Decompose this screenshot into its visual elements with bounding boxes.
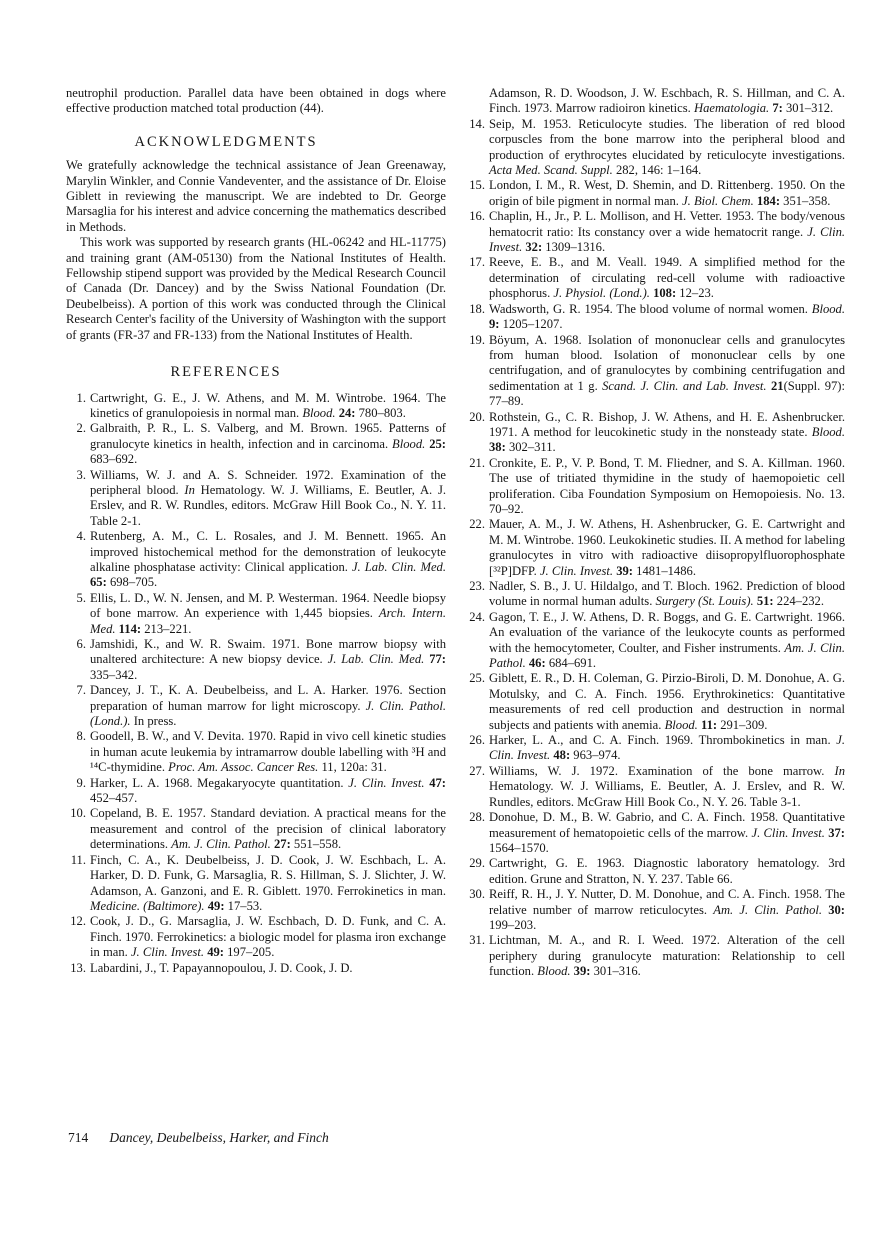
reference-number: 11. xyxy=(66,853,86,868)
reference-journal: J. Clin. Invest. xyxy=(348,776,424,790)
reference-number: 30. xyxy=(465,887,485,902)
reference-post: 452–457. xyxy=(90,791,137,805)
reference-post: 1205–1207. xyxy=(500,317,563,331)
left-column: neutrophil production. Parallel data hav… xyxy=(66,86,446,976)
reference-pre: Cronkite, E. P., V. P. Bond, T. M. Flied… xyxy=(489,456,845,516)
reference-pre: Labardini, J., T. Papayannopoulou, J. D.… xyxy=(90,961,353,975)
reference-post: 683–692. xyxy=(90,452,137,466)
reference-vol: 32: xyxy=(522,240,542,254)
reference-pre: Rothstein, G., C. R. Bishop, J. W. Athen… xyxy=(489,410,845,439)
reference-post: 11, 120a: 31. xyxy=(318,760,386,774)
reference-post: 780–803. xyxy=(355,406,405,420)
reference-number: 9. xyxy=(66,776,86,791)
reference-item: 3.Williams, W. J. and A. S. Schneider. 1… xyxy=(66,468,446,530)
reference-vol: 7: xyxy=(769,101,783,115)
reference-journal: J. Clin. Invest. xyxy=(752,826,825,840)
reference-item: 28.Donohue, D. M., B. W. Gabrio, and C. … xyxy=(465,810,845,856)
reference-post: 1309–1316. xyxy=(542,240,605,254)
reference-post: 335–342. xyxy=(90,668,137,682)
reference-pre: Cartwright, G. E. 1963. Diagnostic labor… xyxy=(489,856,845,885)
reference-item: 19.Böyum, A. 1968. Isolation of mononucl… xyxy=(465,333,845,410)
reference-post: 291–309. xyxy=(717,718,767,732)
reference-vol: 77: xyxy=(424,652,446,666)
reference-vol: 30: xyxy=(822,903,845,917)
reference-number: 3. xyxy=(66,468,86,483)
reference-journal: Am. J. Clin. Pathol. xyxy=(713,903,822,917)
reference-item: 24.Gagon, T. E., J. W. Athens, D. R. Bog… xyxy=(465,610,845,672)
references-list-right: Adamson, R. D. Woodson, J. W. Eschbach, … xyxy=(465,86,845,980)
reference-item: 15.London, I. M., R. West, D. Shemin, an… xyxy=(465,178,845,209)
references-heading: REFERENCES xyxy=(66,365,446,380)
reference-item: 12.Cook, J. D., G. Marsaglia, J. W. Esch… xyxy=(66,914,446,960)
reference-item: 20.Rothstein, G., C. R. Bishop, J. W. At… xyxy=(465,410,845,456)
reference-item: 31.Lichtman, M. A., and R. I. Weed. 1972… xyxy=(465,933,845,979)
reference-number: 21. xyxy=(465,456,485,471)
reference-number: 26. xyxy=(465,733,485,748)
reference-pre: Harker, L. A. 1968. Megakaryocyte quanti… xyxy=(90,776,348,790)
reference-item: 7.Dancey, J. T., K. A. Deubelbeiss, and … xyxy=(66,683,446,729)
reference-post: 301–316. xyxy=(590,964,640,978)
reference-number: 27. xyxy=(465,764,485,779)
reference-vol: 9: xyxy=(489,317,500,331)
reference-journal: Blood. xyxy=(302,406,335,420)
reference-item: 22.Mauer, A. M., J. W. Athens, H. Ashenb… xyxy=(465,517,845,579)
reference-vol: 39: xyxy=(613,564,633,578)
reference-item: 21.Cronkite, E. P., V. P. Bond, T. M. Fl… xyxy=(465,456,845,518)
reference-pre: Wadsworth, G. R. 1954. The blood volume … xyxy=(489,302,812,316)
reference-item: 5.Ellis, L. D., W. N. Jensen, and M. P. … xyxy=(66,591,446,637)
reference-post: 684–691. xyxy=(546,656,596,670)
reference-number: 16. xyxy=(465,209,485,224)
reference-journal: In xyxy=(184,483,195,497)
acknowledgments-heading: ACKNOWLEDGMENTS xyxy=(66,135,446,150)
reference-vol: 46: xyxy=(526,656,546,670)
reference-item: 6.Jamshidi, K., and W. R. Swaim. 1971. B… xyxy=(66,637,446,683)
page-number: 714 xyxy=(68,1130,106,1146)
page-footer: 714 Dancey, Deubelbeiss, Harker, and Fin… xyxy=(68,1130,329,1146)
reference-pre: Chaplin, H., Jr., P. L. Mollison, and H.… xyxy=(489,209,845,238)
reference-number: 28. xyxy=(465,810,485,825)
reference-vol: 24: xyxy=(336,406,356,420)
reference-post: 199–203. xyxy=(489,918,536,932)
reference-journal: Blood. xyxy=(812,302,845,316)
reference-journal: Blood. xyxy=(392,437,425,451)
reference-journal: Blood. xyxy=(537,964,570,978)
reference-vol: 65: xyxy=(90,575,107,589)
reference-item: 8.Goodell, B. W., and V. Devita. 1970. R… xyxy=(66,729,446,775)
reference-item: 14.Seip, M. 1953. Reticulocyte studies. … xyxy=(465,117,845,179)
reference-number: 17. xyxy=(465,255,485,270)
reference-pre: Finch, C. A., K. Deubelbeiss, J. D. Cook… xyxy=(90,853,446,898)
reference-item: 26.Harker, L. A., and C. A. Finch. 1969.… xyxy=(465,733,845,764)
reference-journal: Acta Med. Scand. Suppl. xyxy=(489,163,613,177)
reference-post: 351–358. xyxy=(780,194,830,208)
reference-post: 197–205. xyxy=(224,945,274,959)
reference-item: 27.Williams, W. J. 1972. Examination of … xyxy=(465,764,845,810)
reference-item: 29.Cartwright, G. E. 1963. Diagnostic la… xyxy=(465,856,845,887)
reference-item: 2.Galbraith, P. R., L. S. Valberg, and M… xyxy=(66,421,446,467)
reference-post: 1564–1570. xyxy=(489,841,549,855)
reference-journal: Am. J. Clin. Pathol. xyxy=(171,837,271,851)
reference-item: 25.Giblett, E. R., D. H. Coleman, G. Pir… xyxy=(465,671,845,733)
reference-journal: Medicine. (Baltimore). xyxy=(90,899,205,913)
reference-post: 224–232. xyxy=(774,594,824,608)
reference-post: 17–53. xyxy=(225,899,263,913)
reference-item: 9.Harker, L. A. 1968. Megakaryocyte quan… xyxy=(66,776,446,807)
running-head: Dancey, Deubelbeiss, Harker, and Finch xyxy=(109,1130,328,1145)
reference-item: 30.Reiff, R. H., J. Y. Nutter, D. M. Don… xyxy=(465,887,845,933)
reference-vol: 21 xyxy=(767,379,784,393)
reference-vol: 184: xyxy=(754,194,780,208)
reference-post: In press. xyxy=(131,714,177,728)
reference-vol: 37: xyxy=(825,826,845,840)
reference-number: 1. xyxy=(66,391,86,406)
reference-item: 13.Labardini, J., T. Papayannopoulou, J.… xyxy=(66,961,446,976)
reference-vol: 48: xyxy=(550,748,570,762)
reference-number: 19. xyxy=(465,333,485,348)
reference-post: 698–705. xyxy=(107,575,157,589)
reference-journal: Haematologia. xyxy=(694,101,769,115)
reference-number: 24. xyxy=(465,610,485,625)
reference-item: 17.Reeve, E. B., and M. Veall. 1949. A s… xyxy=(465,255,845,301)
reference-journal: Surgery (St. Louis). xyxy=(656,594,754,608)
reference-number: 18. xyxy=(465,302,485,317)
reference-item: 18.Wadsworth, G. R. 1954. The blood volu… xyxy=(465,302,845,333)
reference-vol: 47: xyxy=(424,776,446,790)
reference-number: 10. xyxy=(66,806,86,821)
reference-vol: 49: xyxy=(205,899,225,913)
reference-vol: 51: xyxy=(754,594,774,608)
reference-number: 31. xyxy=(465,933,485,948)
intro-paragraph: neutrophil production. Parallel data hav… xyxy=(66,86,446,117)
reference-post: 1481–1486. xyxy=(633,564,696,578)
reference-post: 301–312. xyxy=(783,101,833,115)
reference-item: 10.Copeland, B. E. 1957. Standard deviat… xyxy=(66,806,446,852)
reference-number: 2. xyxy=(66,421,86,436)
reference-item: 1.Cartwright, G. E., J. W. Athens, and M… xyxy=(66,391,446,422)
reference-journal: J. Clin. Invest. xyxy=(540,564,613,578)
reference-vol: 25: xyxy=(425,437,446,451)
reference-number: 13. xyxy=(66,961,86,976)
reference-post: 213–221. xyxy=(141,622,191,636)
reference-number: 7. xyxy=(66,683,86,698)
reference-post: 963–974. xyxy=(570,748,620,762)
acknowledgments-paragraph-2: This work was supported by research gran… xyxy=(66,235,446,343)
reference-vol: 11: xyxy=(698,718,717,732)
reference-post: Hematology. W. J. Williams, E. Beutler, … xyxy=(489,779,845,808)
reference-pre: Harker, L. A., and C. A. Finch. 1969. Th… xyxy=(489,733,836,747)
reference-number: 4. xyxy=(66,529,86,544)
reference-journal: J. Biol. Chem. xyxy=(682,194,754,208)
reference-journal: Scand. J. Clin. and Lab. Invest. xyxy=(602,379,766,393)
reference-number: 14. xyxy=(465,117,485,132)
acknowledgments-paragraph-1: We gratefully acknowledge the technical … xyxy=(66,158,446,235)
reference-journal: Proc. Am. Assoc. Cancer Res. xyxy=(168,760,318,774)
right-column: Adamson, R. D. Woodson, J. W. Eschbach, … xyxy=(465,86,845,980)
reference-vol: 114: xyxy=(116,622,142,636)
reference-journal: J. Physiol. (Lond.). xyxy=(553,286,650,300)
reference-journal: Blood. xyxy=(665,718,698,732)
reference-item: 4.Rutenberg, A. M., C. L. Rosales, and J… xyxy=(66,529,446,591)
reference-number: 22. xyxy=(465,517,485,532)
reference-pre: Seip, M. 1953. Reticulocyte studies. The… xyxy=(489,117,845,162)
reference-item: Adamson, R. D. Woodson, J. W. Eschbach, … xyxy=(465,86,845,117)
reference-number: 29. xyxy=(465,856,485,871)
references-list-left: 1.Cartwright, G. E., J. W. Athens, and M… xyxy=(66,391,446,976)
reference-post: 551–558. xyxy=(291,837,341,851)
reference-vol: 108: xyxy=(650,286,676,300)
reference-post: 302–311. xyxy=(506,440,556,454)
reference-journal: Blood. xyxy=(812,425,845,439)
reference-pre: Williams, W. J. 1972. Examination of the… xyxy=(489,764,835,778)
reference-post: 12–23. xyxy=(676,286,714,300)
reference-number: 8. xyxy=(66,729,86,744)
reference-number: 25. xyxy=(465,671,485,686)
reference-vol: 27: xyxy=(271,837,291,851)
reference-number: 20. xyxy=(465,410,485,425)
reference-item: 23.Nadler, S. B., J. U. Hildalgo, and T.… xyxy=(465,579,845,610)
reference-journal: J. Lab. Clin. Med. xyxy=(328,652,425,666)
reference-journal: J. Clin. Invest. xyxy=(131,945,204,959)
reference-number: 5. xyxy=(66,591,86,606)
reference-number: 23. xyxy=(465,579,485,594)
reference-item: 16.Chaplin, H., Jr., P. L. Mollison, and… xyxy=(465,209,845,255)
reference-number: 6. xyxy=(66,637,86,652)
reference-number: 12. xyxy=(66,914,86,929)
reference-vol: 49: xyxy=(204,945,224,959)
reference-vol: 39: xyxy=(571,964,591,978)
reference-item: 11.Finch, C. A., K. Deubelbeiss, J. D. C… xyxy=(66,853,446,915)
reference-number: 15. xyxy=(465,178,485,193)
reference-journal: J. Lab. Clin. Med. xyxy=(352,560,446,574)
reference-post: 282, 146: 1–164. xyxy=(613,163,702,177)
reference-vol: 38: xyxy=(489,440,506,454)
reference-journal: In xyxy=(835,764,846,778)
